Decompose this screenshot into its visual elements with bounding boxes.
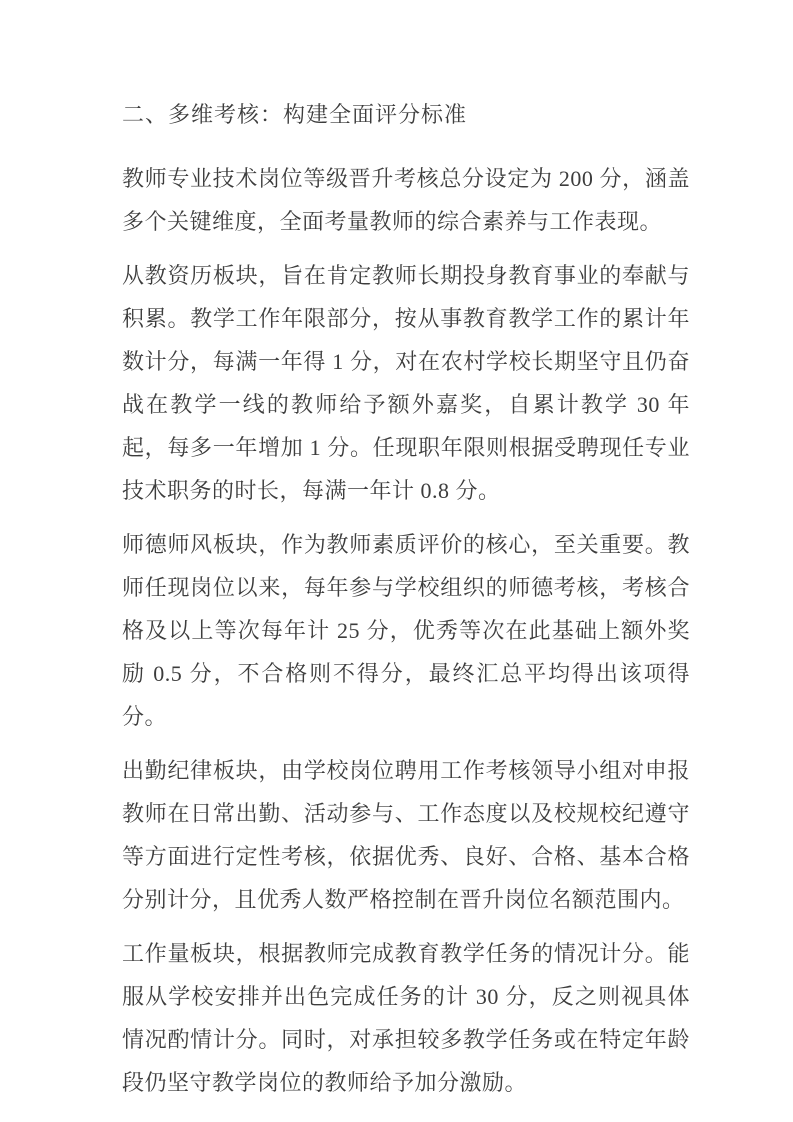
document-page: 二、多维考核：构建全面评分标准 教师专业技术岗位等级晋升考核总分设定为 200 … bbox=[0, 0, 793, 1122]
paragraph-teacher-ethics: 师德师风板块，作为教师素质评价的核心，至关重要。教师任现岗位以来，每年参与学校组… bbox=[122, 523, 690, 738]
paragraph-attendance-discipline: 出勤纪律板块，由学校岗位聘用工作考核领导小组对申报教师在日常出勤、活动参与、工作… bbox=[122, 749, 690, 921]
paragraph-total-score-overview: 教师专业技术岗位等级晋升考核总分设定为 200 分，涵盖多个关键维度，全面考量教… bbox=[122, 157, 690, 243]
section-heading: 二、多维考核：构建全面评分标准 bbox=[122, 93, 690, 136]
document-content: 二、多维考核：构建全面评分标准 教师专业技术岗位等级晋升考核总分设定为 200 … bbox=[122, 93, 690, 1104]
paragraph-workload: 工作量板块，根据教师完成教育教学任务的情况计分。能服从学校安排并出色完成任务的计… bbox=[122, 932, 690, 1104]
paragraph-teaching-seniority: 从教资历板块，旨在肯定教师长期投身教育事业的奉献与积累。教学工作年限部分，按从事… bbox=[122, 254, 690, 512]
